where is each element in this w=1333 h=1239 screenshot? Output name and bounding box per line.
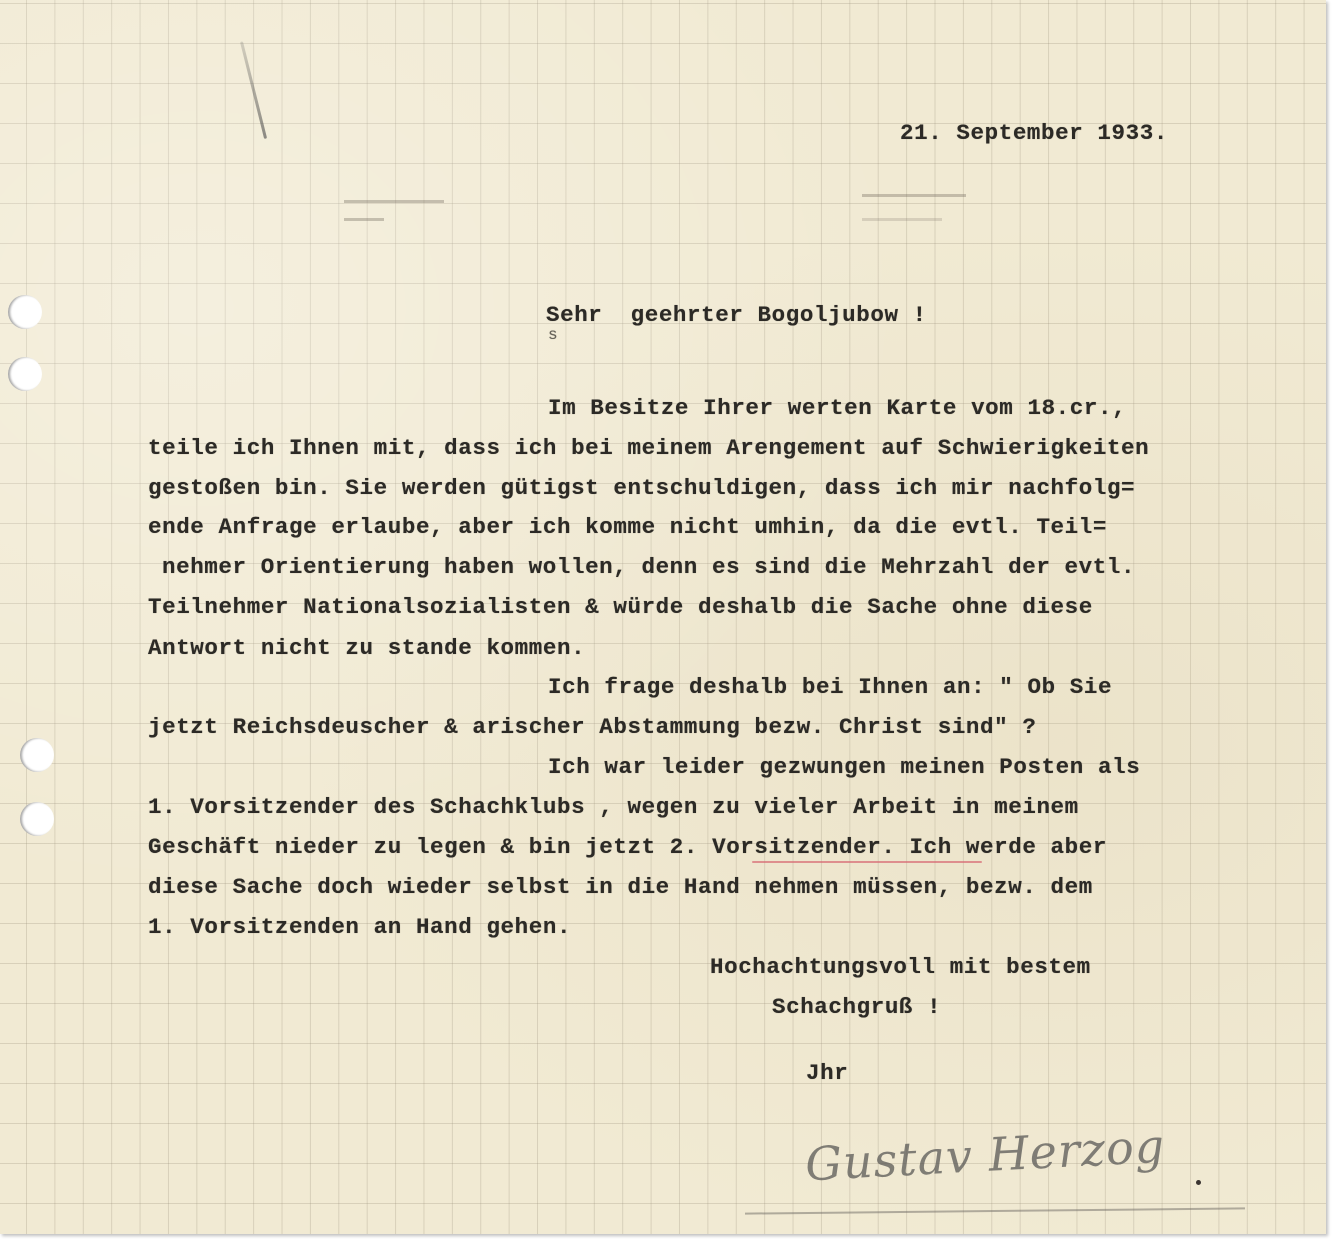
- closing-line: Schachgruß !: [772, 994, 941, 1020]
- salutation-correction: s: [548, 326, 558, 344]
- faded-letterhead-mark: [862, 194, 966, 197]
- body-line: Im Besitze Ihrer werten Karte vom 18.cr.…: [548, 395, 1126, 421]
- body-line: Ich frage deshalb bei Ihnen an: " Ob Sie: [548, 674, 1112, 700]
- signature-flourish: [745, 1207, 1245, 1214]
- punch-hole: [8, 295, 42, 329]
- salutation: Sehr geehrter Bogoljubow !: [546, 302, 927, 328]
- closing-line: Jhr: [806, 1060, 848, 1086]
- body-line: Teilnehmer Nationalsozialisten & würde d…: [148, 594, 1093, 620]
- body-line: Antwort nicht zu stande kommen.: [148, 635, 585, 661]
- body-line: diese Sache doch wieder selbst in die Ha…: [148, 874, 1093, 900]
- letter-paper: 21. September 1933. Sehr geehrter Bogolj…: [0, 0, 1326, 1234]
- body-line: teile ich Ihnen mit, dass ich bei meinem…: [148, 435, 1149, 461]
- body-line: gestoßen bin. Sie werden gütigst entschu…: [148, 475, 1135, 501]
- punch-hole: [20, 802, 54, 836]
- body-line: jetzt Reichsdeuscher & arischer Abstammu…: [148, 714, 1036, 740]
- punch-hole: [8, 357, 42, 391]
- faded-letterhead-mark: [344, 200, 444, 203]
- body-line: ende Anfrage erlaube, aber ich komme nic…: [148, 514, 1107, 540]
- body-line: 1. Vorsitzenden an Hand gehen.: [148, 914, 571, 940]
- body-line: nehmer Orientierung haben wollen, denn e…: [162, 554, 1135, 580]
- body-line: Ich war leider gezwungen meinen Posten a…: [548, 754, 1140, 780]
- body-line: Geschäft nieder zu legen & bin jetzt 2. …: [148, 834, 1107, 860]
- pencil-mark: [240, 41, 267, 139]
- handwritten-signature: Gustav Herzog: [804, 1119, 1167, 1192]
- faded-letterhead-mark: [344, 218, 384, 221]
- closing-line: Hochachtungsvoll mit bestem: [710, 954, 1091, 980]
- red-underline: [752, 861, 982, 863]
- body-line: 1. Vorsitzender des Schachklubs , wegen …: [148, 794, 1079, 820]
- faded-letterhead-mark: [862, 218, 942, 221]
- letter-date: 21. September 1933.: [900, 120, 1168, 146]
- ink-dot: [1196, 1180, 1201, 1185]
- punch-hole: [20, 738, 54, 772]
